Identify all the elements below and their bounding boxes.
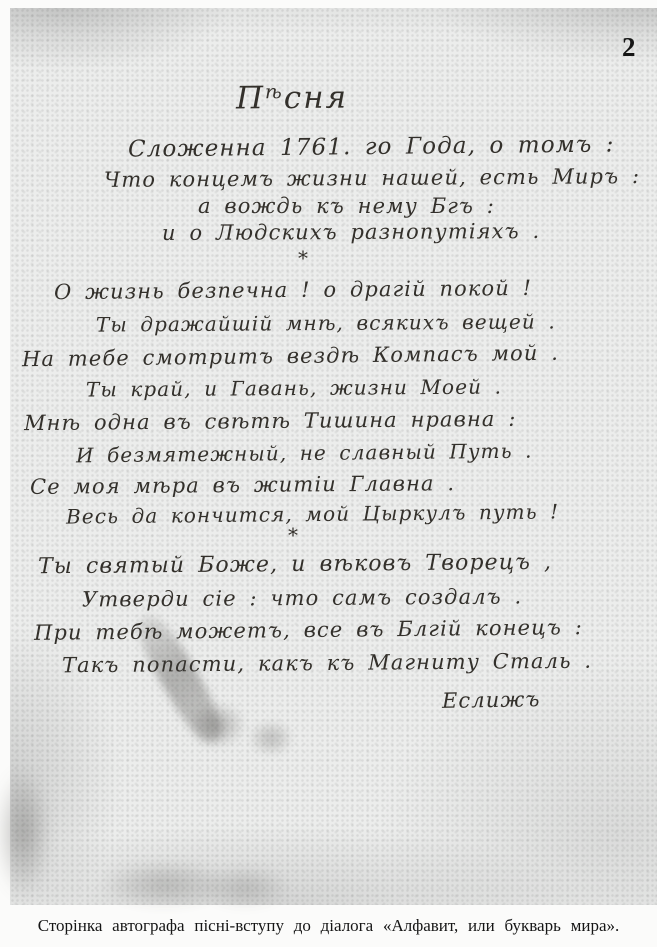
poem-line: Весь да кончится, мой Цыркулъ путь !	[66, 499, 559, 528]
stain	[188, 702, 246, 748]
stain	[200, 866, 290, 908]
facsimile-page: { "page": { "number": "2", "caption": "С…	[0, 0, 657, 947]
poem-line: Ты святый Боже, и вѣковъ Творецъ ,	[38, 550, 552, 579]
page-number: 2	[622, 32, 636, 63]
title-superscript-yat: ѣ	[265, 81, 284, 103]
poem-line: При тебѣ можетъ, все въ Блгій конецъ :	[34, 615, 583, 645]
title-post: сня	[284, 80, 349, 117]
stain	[248, 720, 294, 756]
title-pre: П	[236, 80, 265, 116]
catchword: Еслижъ	[442, 687, 541, 713]
header-line: Что концемъ жизни нашей, есть Миръ :	[104, 164, 640, 192]
header-line: а вождь къ нему Бгъ :	[198, 194, 495, 218]
header-line: и о Людскихъ разнопутіяхъ .	[162, 219, 540, 245]
poem-line: Утверди сіе : что самъ создалъ .	[82, 584, 522, 611]
manuscript-scan: 2 Пѣсня Сложенна 1761. го Года, о томъ :…	[10, 8, 657, 905]
manuscript-title: Пѣсня	[236, 80, 348, 117]
poem-line: Такъ попасти, какъ къ Магниту Сталь .	[62, 649, 592, 678]
poem-line: Мнѣ одна въ свѣтѣ Тишина нравна :	[24, 407, 517, 435]
section-separator-asterisk: *	[288, 523, 299, 547]
poem-line: На тебе смотритъ вездѣ Компасъ мой .	[22, 341, 559, 372]
photo-caption: Сторінка автографа пісні-вступу до діало…	[8, 916, 649, 936]
section-separator-asterisk: *	[298, 246, 309, 270]
poem-line: Се моя мѣра въ житіи Главна .	[30, 471, 455, 499]
poem-line: О жизнь безпечна ! о драгій покой !	[54, 276, 532, 304]
stain	[0, 768, 50, 898]
stain	[100, 860, 230, 908]
header-line: Сложенна 1761. го Года, о томъ :	[128, 131, 615, 162]
poem-line: Ты дражайшій мнѣ, всякихъ вещей .	[96, 309, 556, 336]
poem-line: И безмятежный, не славный Путь .	[76, 439, 533, 468]
poem-line: Ты край, и Гавань, жизни Моей .	[86, 375, 502, 402]
